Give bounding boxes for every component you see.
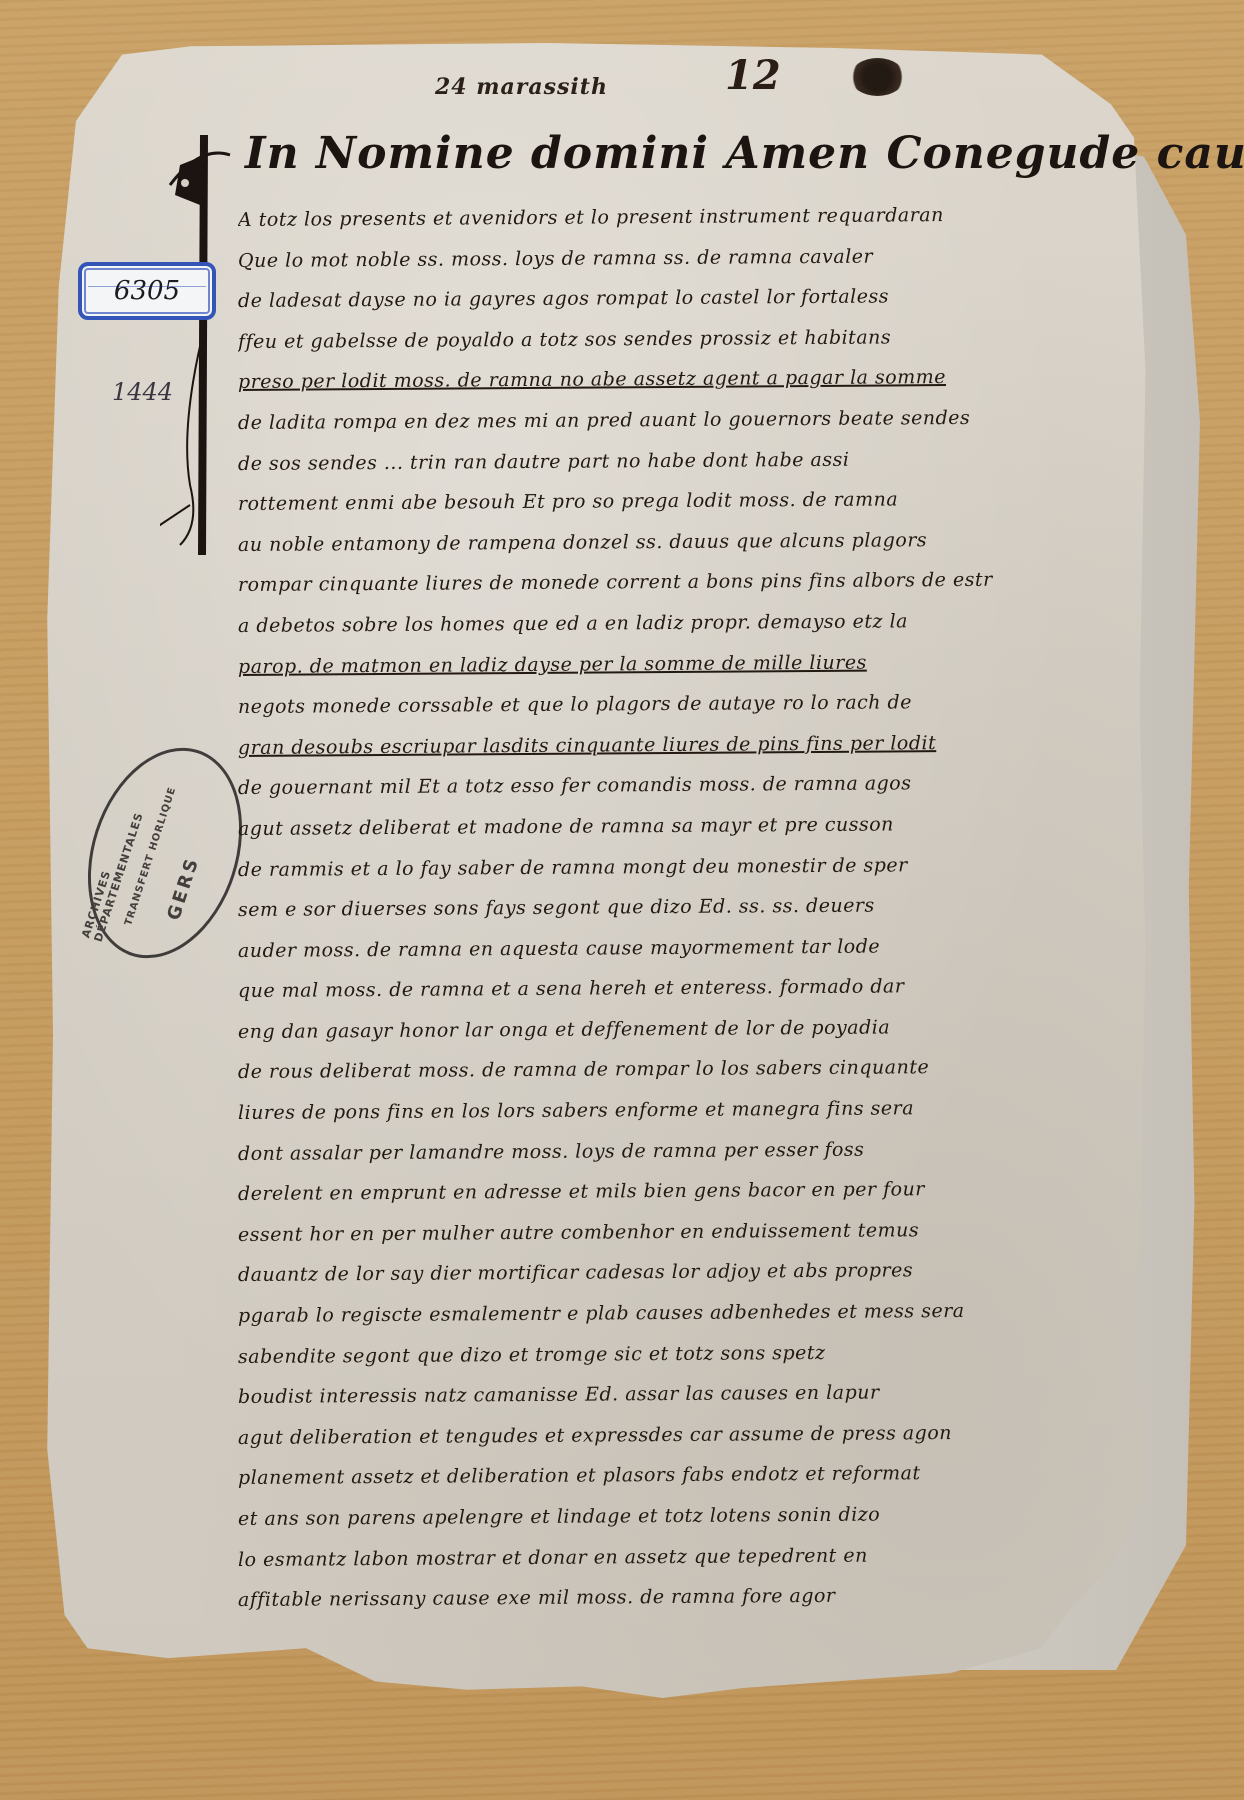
margin-year-note: 1444 <box>112 378 173 406</box>
text-line: planement assetz et deliberation et plas… <box>238 1452 1178 1499</box>
text-line: eng dan gasayr honor lar onga et deffene… <box>238 1005 1178 1052</box>
text-line: A totz los presents et avenidors et lo p… <box>238 193 1178 240</box>
text-line: preso per lodit moss. de ramna no abe as… <box>238 356 1178 403</box>
text-line: dont assalar per lamandre moss. loys de … <box>238 1127 1178 1174</box>
text-line: boudist interessis natz camanisse Ed. as… <box>238 1371 1178 1418</box>
text-line: dauantz de lor say dier mortificar cades… <box>238 1249 1178 1296</box>
text-line: parop. de matmon en ladiz dayse per la s… <box>238 640 1178 687</box>
ink-blot <box>850 58 905 96</box>
text-line: de gouernant mil Et a totz esso fer coma… <box>238 762 1178 809</box>
text-line: rompar cinquante liures de monede corren… <box>238 559 1178 606</box>
text-line: pgarab lo regiscte esmalementr e plab ca… <box>238 1289 1178 1336</box>
text-line: a debetos sobre los homes que ed a en la… <box>238 599 1178 646</box>
text-line: gran desoubs escriupar lasdits cinquante… <box>238 721 1178 768</box>
top-annotation: 24 marassith <box>435 74 608 100</box>
text-line: que mal moss. de ramna et a sena hereh e… <box>238 965 1178 1012</box>
text-line: negots monede corssable et que lo plagor… <box>238 681 1178 728</box>
text-line: affitable nerissany cause exe mil moss. … <box>238 1574 1178 1621</box>
text-line: de rous deliberat moss. de ramna de romp… <box>238 1046 1178 1093</box>
text-line: sabendite segont que dizo et tromge sic … <box>238 1330 1178 1377</box>
text-line: liures de pons fins en los lors sabers e… <box>238 1087 1178 1134</box>
text-line: et ans son parens apelengre et lindage e… <box>238 1492 1178 1539</box>
text-line: Que lo mot noble ss. moss. loys de ramna… <box>238 234 1178 281</box>
text-line: derelent en emprunt en adresse et mils b… <box>238 1168 1178 1215</box>
text-line: ffeu et gabelsse de poyaldo a totz sos s… <box>238 315 1178 362</box>
manuscript-body: A totz los presents et avenidors et lo p… <box>238 200 1178 1621</box>
decorated-initial-i-icon <box>160 125 240 565</box>
text-line: lo esmantz labon mostrar et donar en ass… <box>238 1533 1178 1580</box>
text-line: agut assetz deliberat et madone de ramna… <box>238 802 1178 849</box>
text-line: de sos sendes ... trin ran dautre part n… <box>238 437 1178 484</box>
text-line: rottement enmi abe besouh Et pro so preg… <box>238 478 1178 525</box>
text-line: de rammis et a lo fay saber de ramna mon… <box>238 843 1178 890</box>
text-line: au noble entamony de rampena donzel ss. … <box>238 518 1178 565</box>
text-line: agut deliberation et tengudes et express… <box>238 1411 1178 1458</box>
text-line: sem e sor diuerses sons fays segont que … <box>238 884 1178 931</box>
text-line: auder moss. de ramna en aquesta cause ma… <box>238 924 1178 971</box>
text-line: essent hor en per mulher autre combenhor… <box>238 1208 1178 1255</box>
opening-invocation: In Nomine domini Amen Conegude cause sie <box>245 128 1244 179</box>
text-line: de ladesat dayse no ia gayres agos rompa… <box>238 275 1178 322</box>
page-number: 12 <box>725 52 781 99</box>
call-number: 6305 <box>114 276 180 306</box>
text-line: de ladita rompa en dez mes mi an pred au… <box>238 396 1178 443</box>
stamp-line-3: GERS <box>163 854 203 923</box>
call-number-label: 6305 <box>78 262 216 320</box>
